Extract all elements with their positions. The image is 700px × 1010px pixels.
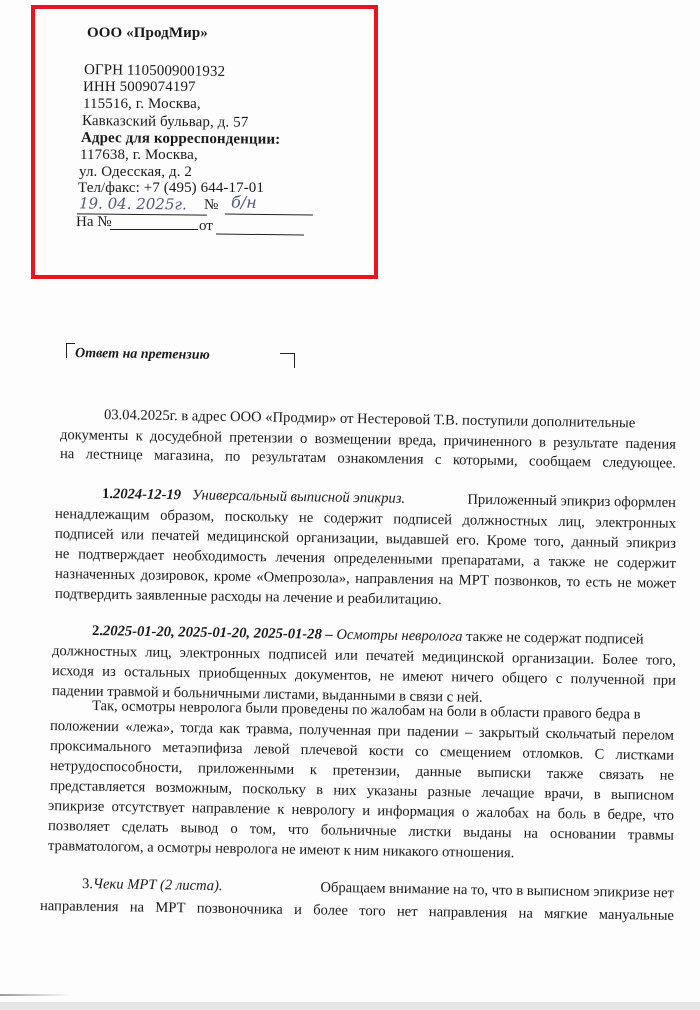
item-1-title: Универсальный выписной эпикриз. bbox=[192, 487, 405, 506]
bottom-page-strip bbox=[0, 1002, 700, 1010]
item-3-line: направления на МРТ позвоночника и более … bbox=[40, 898, 674, 925]
item-3-title: Чеки МРТ (2 листа). bbox=[93, 876, 223, 894]
item-1-first-line-rest: Приложенный эпикриз оформлен bbox=[467, 492, 676, 512]
item-3-first-line-rest: Обращаем внимание на то, что в выписном … bbox=[320, 880, 674, 903]
item-1-line: подтвердить заявленные расходы на лечени… bbox=[55, 586, 442, 609]
corner-mark-right bbox=[280, 353, 295, 368]
red-highlight-box bbox=[31, 5, 378, 279]
subject-heading: Ответ на претензию bbox=[75, 346, 210, 364]
item-1-number: 1. bbox=[102, 486, 113, 502]
item-2-number: 2. bbox=[92, 623, 103, 639]
corner-mark-left bbox=[66, 343, 75, 358]
item-2-dates: 2025-01-20, 2025-01-20, 2025-01-28 – bbox=[103, 623, 333, 643]
scanned-document-page: ООО «ПродМир» ОГРН 1105009001932 ИНН 500… bbox=[0, 0, 700, 1002]
subject-block: Ответ на претензию bbox=[66, 338, 306, 378]
item-1-date: 2024-12-19 bbox=[113, 486, 181, 503]
item-3-number: 3. bbox=[82, 876, 93, 892]
item-3-heading-line: 3.Чеки МРТ (2 листа). Обращаем внимание … bbox=[82, 876, 674, 902]
scan-edge-artifact bbox=[0, 994, 70, 996]
item-2-first-line-rest: также не содержат подписей bbox=[466, 629, 644, 648]
item-2-para2-line: травматологом, а осмотры невролога не им… bbox=[48, 838, 515, 862]
item-2-title: Осмотры невролога bbox=[336, 627, 462, 645]
